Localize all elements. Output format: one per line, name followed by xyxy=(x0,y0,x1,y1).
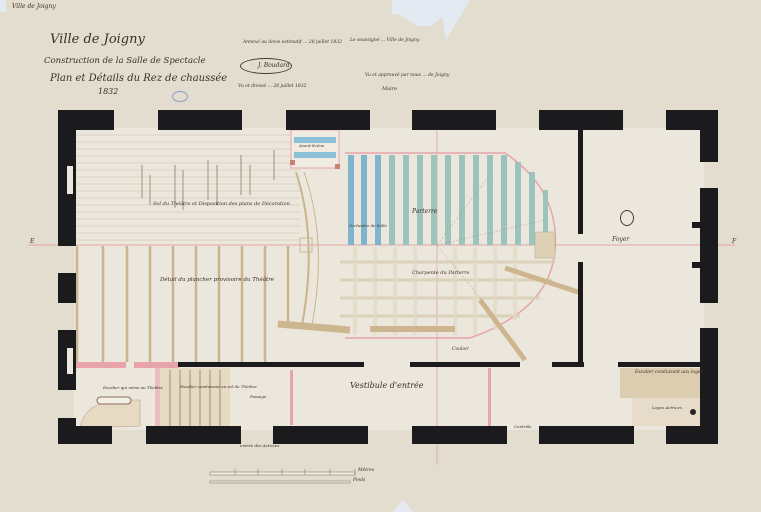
scale-label-feet: Pieds xyxy=(353,478,365,483)
scale-bars xyxy=(0,0,761,512)
scale-label-meters: Mètres xyxy=(358,468,374,473)
plan-sheet: Ville de Joigny Ville de Joigny Construc… xyxy=(0,0,761,512)
